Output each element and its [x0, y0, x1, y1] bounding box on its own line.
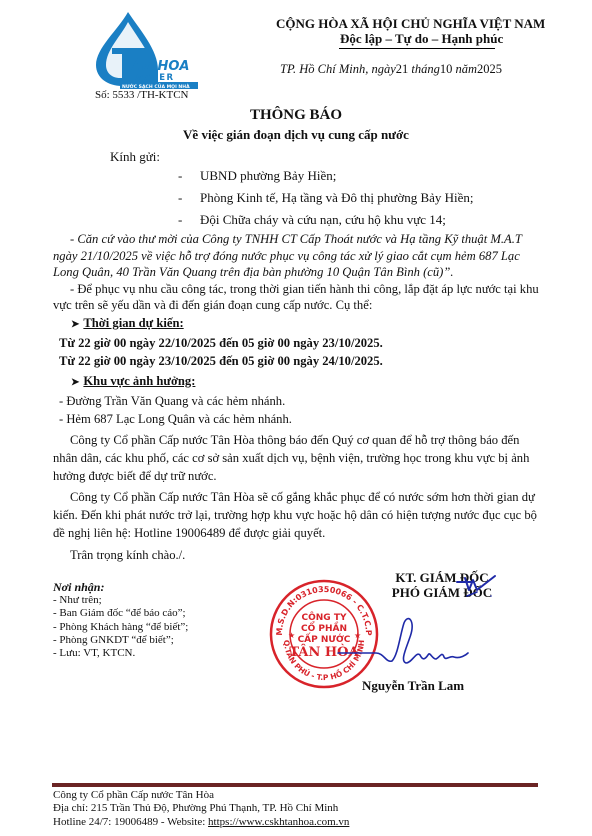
date-month-label: tháng — [408, 62, 440, 76]
arrow-bullet-icon: ➤ — [71, 319, 79, 330]
recipient-item: -Phòng Kinh tế, Hạ tầng và Đô thị phường… — [178, 190, 474, 212]
national-motto: Độc lập – Tự do – Hạnh phúc — [340, 31, 503, 47]
svg-text:★: ★ — [288, 631, 295, 640]
area-item: - Hẻm 687 Lạc Long Quân và các hẻm nhánh… — [53, 410, 541, 428]
distribution-heading: Nơi nhận: — [53, 581, 188, 594]
footer-divider — [52, 783, 538, 787]
signer-name: Nguyễn Trần Lam — [362, 678, 464, 694]
distribution-item: - Phòng Khách hàng “để biết”; — [53, 621, 188, 634]
remedy-paragraph: Công ty Cổ phần Cấp nước Tân Hòa sẽ cố g… — [53, 488, 541, 542]
recipient-list: -UBND phường Bảy Hiền; -Phòng Kinh tế, H… — [178, 168, 474, 234]
website-link[interactable]: https://www.cskhtanhoa.com.vn — [208, 816, 349, 828]
company-logo: ÂN HOA WATER NƯỚC SẠCH CỦA MỌI NHÀ — [88, 10, 200, 90]
document-title: THÔNG BÁO — [0, 107, 592, 124]
area-item: - Đường Trần Văn Quang và các hẻm nhánh. — [53, 392, 541, 410]
footer-contact: Hotline 24/7: 19006489 - Website: https:… — [53, 816, 349, 829]
footer-address: Địa chỉ: 215 Trần Thủ Độ, Phường Phú Thạ… — [53, 802, 349, 815]
date-city: TP. Hồ Chí Minh, ngày — [280, 62, 396, 76]
date-day: 21 — [396, 62, 409, 76]
addressed-to-label: Kính gửi: — [110, 149, 160, 165]
basis-paragraph: - Căn cứ vào thư mời của Công ty TNHH CT… — [53, 231, 541, 281]
footer-company: Công ty Cổ phần Cấp nước Tân Hòa — [53, 789, 349, 802]
schedule-heading: ➤Thời gian dự kiến: — [53, 314, 541, 334]
issue-date: TP. Hồ Chí Minh, ngày21 tháng10 năm2025 — [280, 62, 502, 77]
distribution-item: - Ban Giám đốc “để báo cáo”; — [53, 607, 188, 620]
initial-mark — [455, 574, 505, 604]
purpose-paragraph: - Để phục vụ nhu cầu công tác, trong thờ… — [53, 281, 541, 314]
svg-text:ÂN HOA: ÂN HOA — [131, 58, 189, 74]
areas-heading: ➤Khu vực ảnh hưởng: — [53, 372, 541, 392]
body-content: - Căn cứ vào thư mời của Công ty TNHH CT… — [53, 231, 541, 564]
svg-text:WATER: WATER — [134, 73, 175, 83]
distribution-item: - Như trên; — [53, 594, 188, 607]
national-title: CỘNG HÒA XÃ HỘI CHỦ NGHĨA VIỆT NAM — [276, 16, 545, 32]
document-subtitle: Về việc gián đoạn dịch vụ cung cấp nước — [0, 127, 592, 143]
arrow-bullet-icon: ➤ — [71, 377, 79, 388]
footer-hotline: Hotline 24/7: 19006489 - Website: — [53, 816, 208, 828]
date-year-label: năm — [452, 62, 477, 76]
closing-line: Trân trọng kính chào./. — [53, 546, 541, 564]
handwritten-signature — [336, 615, 476, 675]
footer: Công ty Cổ phần Cấp nước Tân Hòa Địa chỉ… — [53, 789, 349, 829]
recipient-item: -UBND phường Bảy Hiền; — [178, 168, 474, 190]
distribution-item: - Phòng GNKDT “để biết”; — [53, 634, 188, 647]
schedule-item: Từ 22 giờ 00 ngày 23/10/2025 đến 05 giờ … — [53, 352, 541, 370]
date-month: 10 — [440, 62, 453, 76]
distribution-item: - Lưu: VT, KTCN. — [53, 647, 188, 660]
distribution-list: Nơi nhận: - Như trên; - Ban Giám đốc “để… — [53, 581, 188, 660]
schedule-item: Từ 22 giờ 00 ngày 22/10/2025 đến 05 giờ … — [53, 334, 541, 352]
motto-underline — [339, 48, 495, 49]
date-year: 2025 — [477, 62, 502, 76]
notice-paragraph: Công ty Cổ phần Cấp nước Tân Hòa thông b… — [53, 431, 541, 485]
document-number: Số: 5533 /TH-KTCN — [95, 89, 189, 101]
